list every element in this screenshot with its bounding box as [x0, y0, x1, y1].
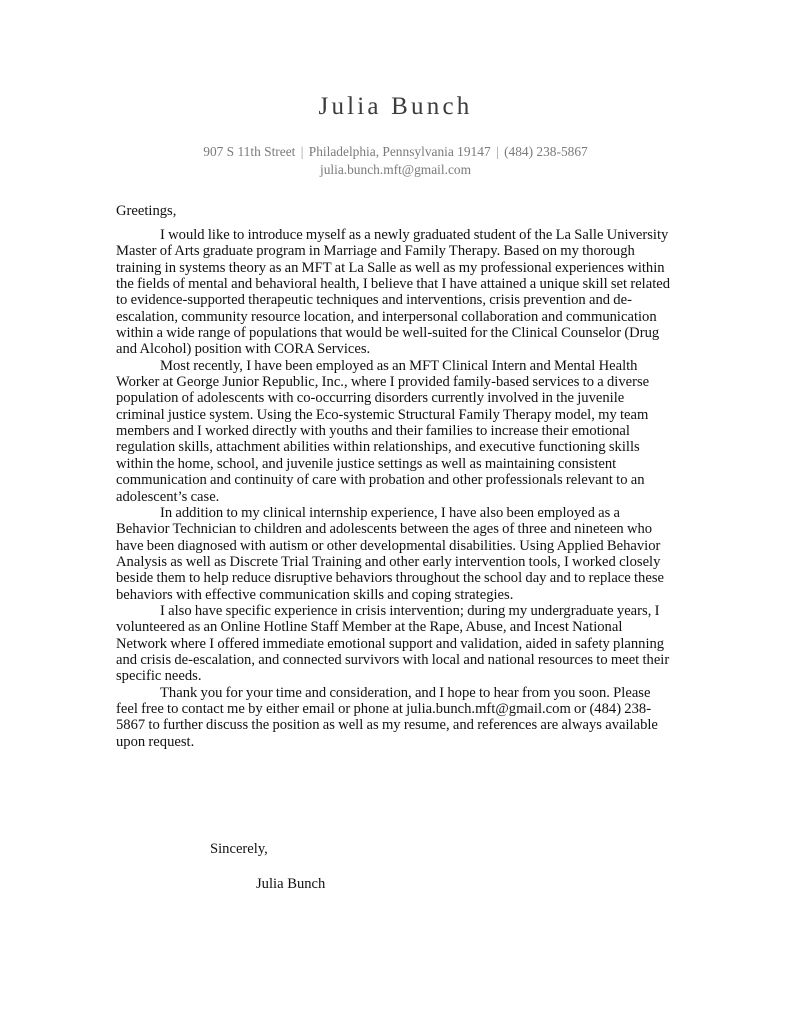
paragraph-behavior-technician: In addition to my clinical internship ex…: [116, 505, 672, 603]
sender-street: 907 S 11th Street: [203, 144, 295, 159]
sender-city: Philadelphia, Pennsylvania 19147: [309, 144, 491, 159]
sender-email: julia.bunch.mft@gmail.com: [0, 161, 791, 179]
letter-signature: Julia Bunch: [256, 876, 325, 892]
letter-closing: Sincerely,: [210, 841, 268, 857]
sender-phone: (484) 238-5867: [504, 144, 588, 159]
sender-address-line: 907 S 11th Street | Philadelphia, Pennsy…: [0, 143, 791, 161]
letter-greeting: Greetings,: [116, 203, 176, 219]
paragraph-crisis-intervention: I also have specific experience in crisi…: [116, 603, 672, 685]
letter-body: I would like to introduce myself as a ne…: [116, 227, 672, 750]
sender-name-heading: Julia Bunch: [0, 92, 791, 122]
separator: |: [299, 144, 306, 159]
paragraph-recent-employment: Most recently, I have been employed as a…: [116, 358, 672, 505]
paragraph-thank-you: Thank you for your time and consideratio…: [116, 685, 672, 750]
paragraph-introduction: I would like to introduce myself as a ne…: [116, 227, 672, 358]
separator: |: [494, 144, 501, 159]
letter-page: Julia Bunch 907 S 11th Street | Philadel…: [0, 0, 791, 1024]
sender-contact-block: 907 S 11th Street | Philadelphia, Pennsy…: [0, 143, 791, 179]
